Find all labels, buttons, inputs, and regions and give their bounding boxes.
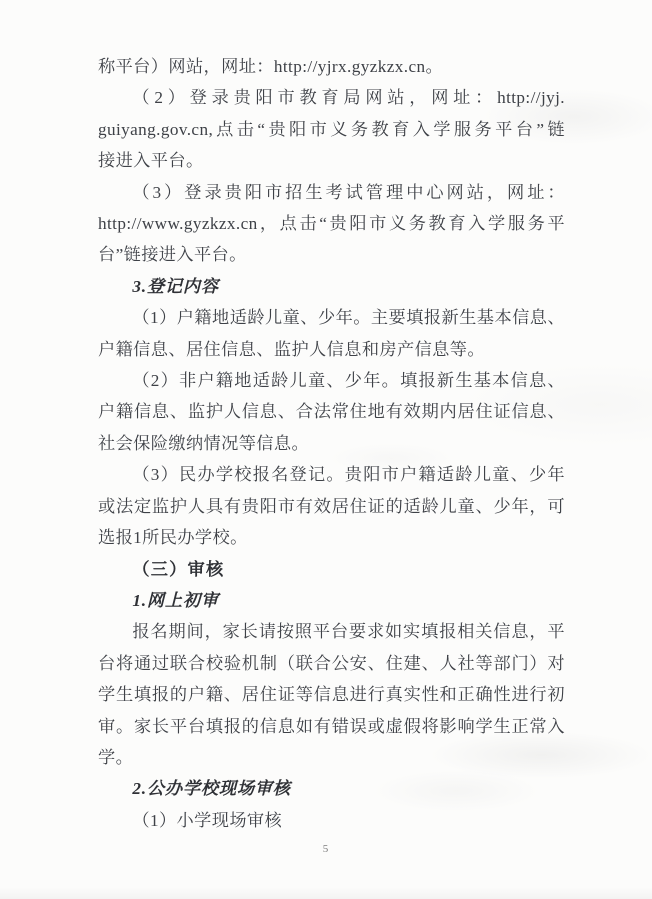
text-line: 接进入平台。 — [98, 145, 565, 176]
text-line: 台”链接进入平台。 — [98, 239, 565, 270]
text-line: 学生填报的户籍、居住证等信息进行真实性和正确性进行初 — [98, 679, 565, 710]
text-line: （3）民办学校报名登记。贵阳市户籍适龄儿童、少年 — [98, 459, 565, 490]
text-line: （2）非户籍地适龄儿童、少年。填报新生基本信息、 — [98, 365, 565, 396]
text-line: （1）小学现场审核 — [98, 805, 565, 836]
text-line: 或法定监护人具有贵阳市有效居住证的适龄儿童、少年，可 — [98, 491, 565, 522]
text-line: http://www.gyzkzx.cn，点击“贵阳市义务教育入学服务平 — [98, 208, 565, 239]
text-line: guiyang.gov.cn,点击“贵阳市义务教育入学服务平台”链 — [98, 114, 565, 145]
text-line: （2）登录贵阳市教育局网站，网址：http://jyj. — [98, 82, 565, 113]
text-line: （1）户籍地适龄儿童、少年。主要填报新生基本信息、 — [98, 302, 565, 333]
text-line: 学。 — [98, 742, 565, 773]
page-number: 5 — [0, 843, 652, 855]
text-line: 户籍信息、居住信息、监护人信息和房产信息等。 — [98, 334, 565, 365]
text-line: 社会保险缴纳情况等信息。 — [98, 428, 565, 459]
text-line: 台将通过联合校验机制（联合公安、住建、人社等部门）对 — [98, 648, 565, 679]
section-heading: 3.登记内容 — [98, 271, 565, 302]
document-page: 称平台）网站，网址：http://yjrx.gyzkzx.cn。 （2）登录贵阳… — [0, 0, 652, 899]
text-line: 户籍信息、监护人信息、合法常住地有效期内居住证信息、 — [98, 396, 565, 427]
document-body: 称平台）网站，网址：http://yjrx.gyzkzx.cn。 （2）登录贵阳… — [98, 51, 565, 836]
text-line: （3）登录贵阳市招生考试管理中心网站，网址： — [98, 177, 565, 208]
text-line: 选报1所民办学校。 — [98, 522, 565, 553]
text-line: 称平台）网站，网址：http://yjrx.gyzkzx.cn。 — [98, 51, 565, 82]
text-line: 审。家长平台填报的信息如有错误或虚假将影响学生正常入 — [98, 711, 565, 742]
section-heading: 2.公办学校现场审核 — [98, 773, 565, 804]
section-heading: 1.网上初审 — [98, 585, 565, 616]
text-line: 报名期间，家长请按照平台要求如实填报相关信息，平 — [98, 616, 565, 647]
section-heading: （三）审核 — [98, 554, 565, 585]
